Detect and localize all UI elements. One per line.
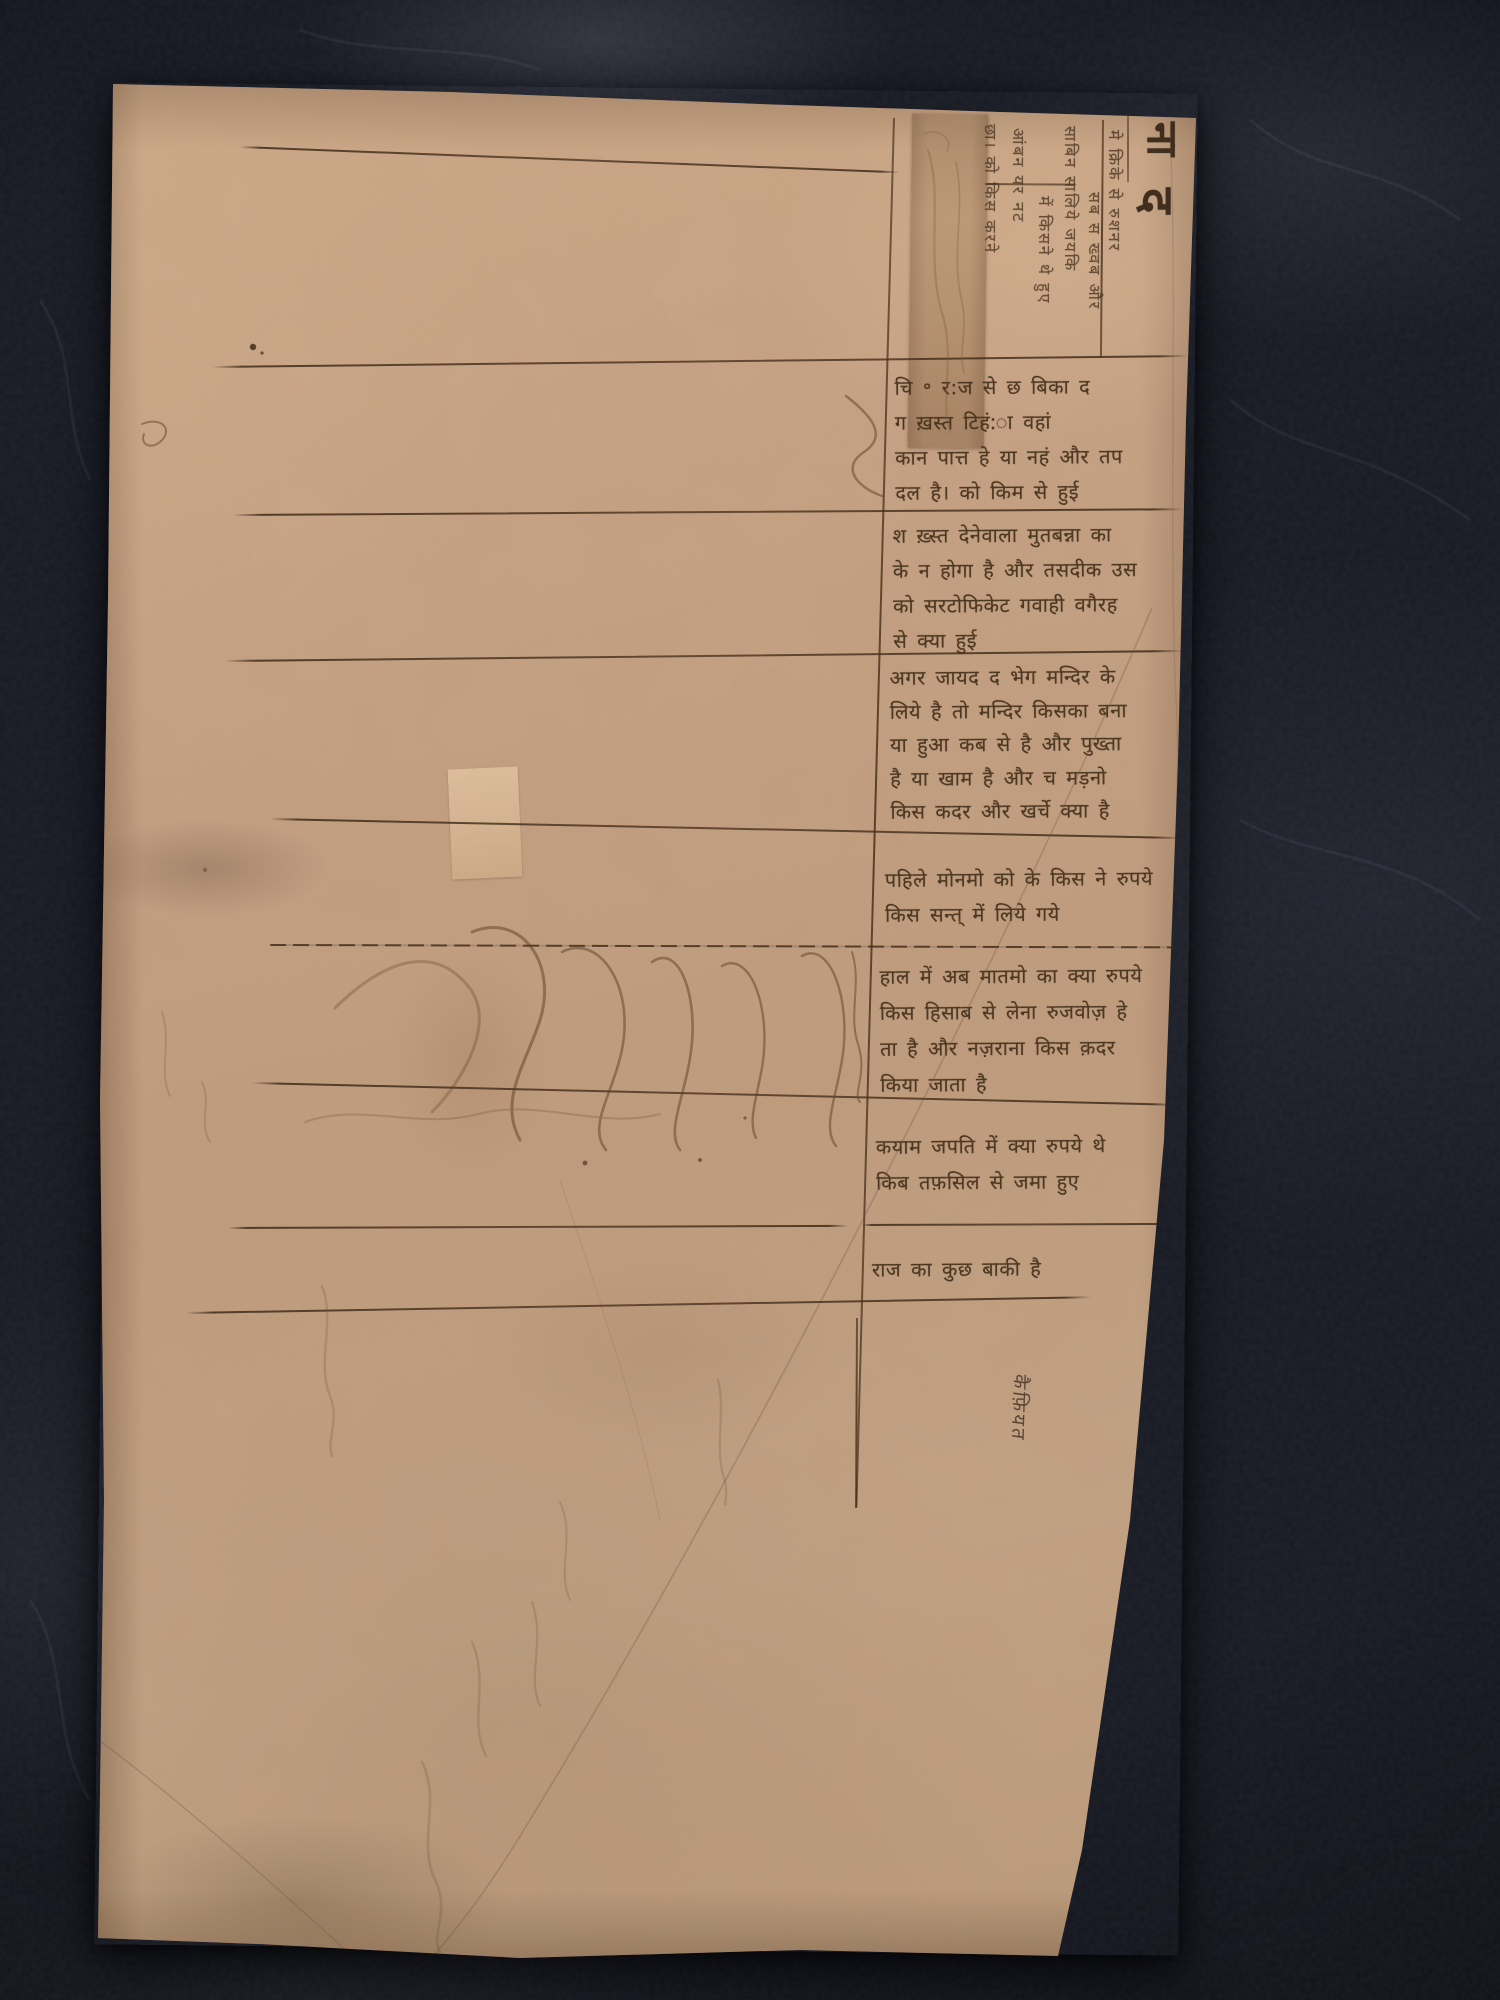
tape-handwriting <box>924 132 964 432</box>
photo-of-document: छा। को किस करने आंबन यर नट में किसने थे … <box>0 0 1500 2000</box>
paper-crease <box>96 128 1178 1958</box>
handwriting-scrawl <box>142 396 882 1150</box>
faint-show-through-marks <box>162 1012 726 1952</box>
